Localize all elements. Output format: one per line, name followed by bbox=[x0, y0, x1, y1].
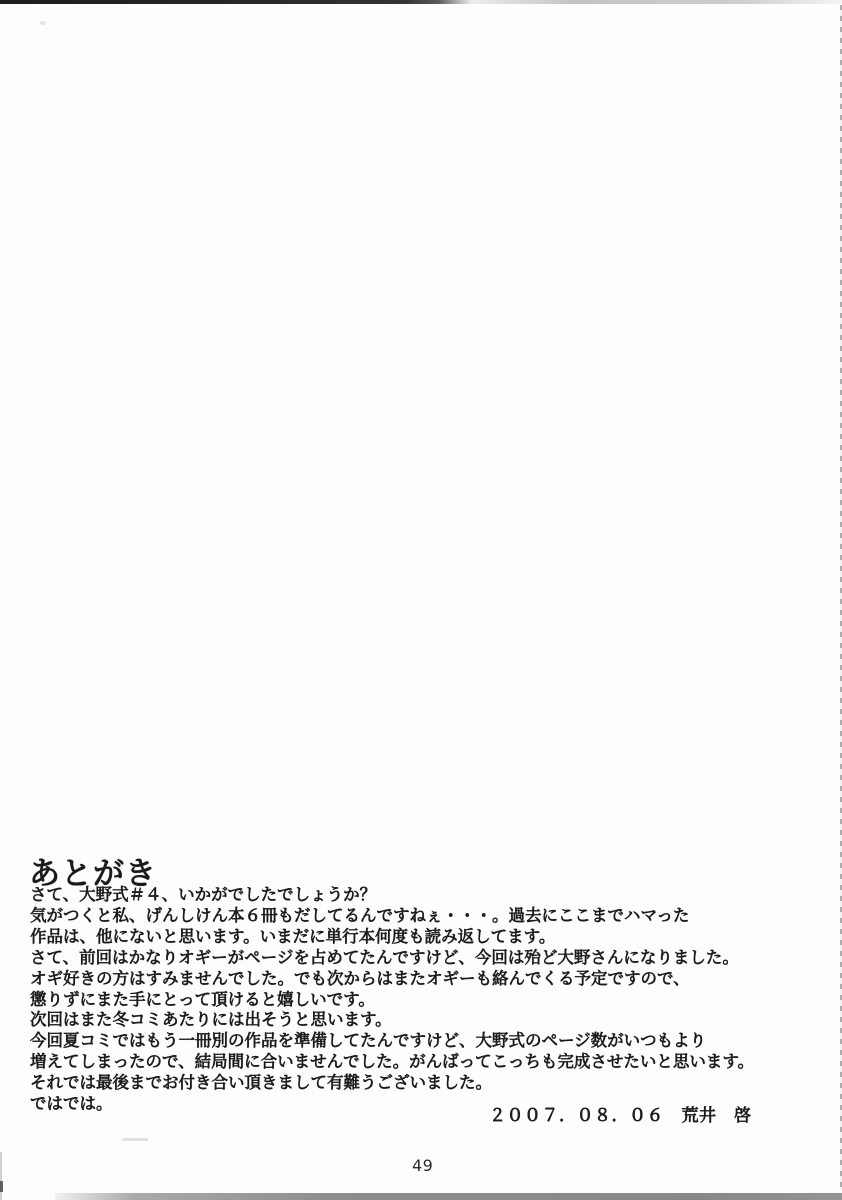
body-line: 今回夏コミではもう一冊別の作品を準備してたんですけど、大野式のページ数がいつもよ… bbox=[30, 1031, 754, 1052]
body-line: 次回はまた冬コミあたりには出そうと思います。 bbox=[30, 1010, 754, 1031]
scan-artifact-bottom-bar bbox=[55, 1193, 842, 1200]
scan-artifact-left-edge bbox=[0, 1152, 2, 1200]
scanned-afterword-page: あとがき さて、大野式＃４、いかがでしたでしょうか？ 気がつくと私、げんしけん本… bbox=[0, 0, 842, 1200]
body-line: さて、前回はかなりオギーがページを占めてたんですけど、今回は殆ど大野さんになりま… bbox=[30, 948, 754, 969]
scan-artifact-bottom-left-mark bbox=[0, 1181, 3, 1192]
body-line: 気がつくと私、げんしけん本６冊もだしてるんですねぇ・・・。過去にここまでハマった bbox=[30, 906, 754, 927]
afterword-body: さて、大野式＃４、いかがでしたでしょうか？ 気がつくと私、げんしけん本６冊もだし… bbox=[30, 885, 754, 1115]
scan-artifact-speck bbox=[40, 21, 46, 25]
scan-artifact-top-edge bbox=[0, 0, 842, 4]
signature-date: ２００７．０８．０６ 荒井 啓 bbox=[489, 1101, 752, 1126]
body-line: 作品は、他にないと思います。いまだに単行本何度も読み返してます。 bbox=[30, 927, 754, 948]
body-line: さて、大野式＃４、いかがでしたでしょうか？ bbox=[30, 885, 754, 906]
body-line: オギ好きの方はすみませんでした。でも次からはまたオギーも絡んでくる予定ですので、 bbox=[30, 969, 754, 990]
scan-artifact-smudge bbox=[122, 1138, 148, 1141]
page-number: 49 bbox=[412, 1156, 433, 1175]
body-line: それでは最後までお付き合い頂きまして有難うございました。 bbox=[30, 1073, 754, 1094]
body-line: 懲りずにまた手にとって頂けると嬉しいです。 bbox=[30, 990, 754, 1011]
body-line: 増えてしまったので、結局間に合いませんでした。がんばってこっちも完成させたいと思… bbox=[30, 1052, 754, 1073]
